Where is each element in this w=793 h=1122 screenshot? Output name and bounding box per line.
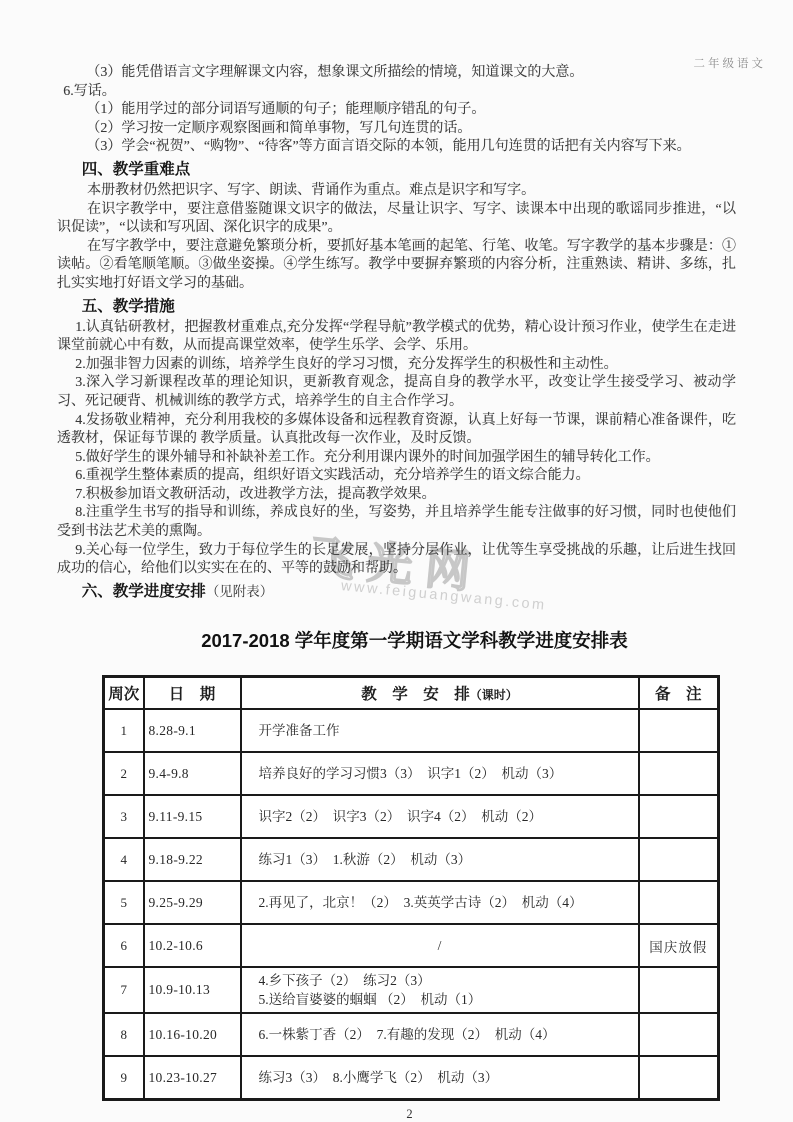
section-heading: 四、教学重难点 [57, 160, 736, 180]
body-line: 在写字教学中，要注意避免繁琐分析，要抓好基本笔画的起笔、行笔、收笔。写字教学的基… [57, 238, 736, 294]
cell-date-range: 9.4-9.8 [144, 752, 241, 795]
schedule-section: 2017-2018 学年度第一学期语文学科教学进度安排表 周次 日 期 教 学 … [102, 627, 717, 1122]
schedule-table: 周次 日 期 教 学 安 排（课时） 备 注 1 8.28-9.1 开学准备工作… [102, 675, 720, 1101]
column-header-arrangement: 教 学 安 排（课时） [241, 677, 639, 710]
cell-week-number: 6 [104, 924, 144, 967]
body-line: （1）能用学过的部分词语写通顺的句子；能理顺序错乱的句子。 [57, 101, 736, 120]
body-line: 2.加强非智力因素的训练，培养学生良好的学习习惯，充分发挥学生的积极性和主动性。 [57, 356, 736, 375]
cell-teaching-arrangement: 开学准备工作 [241, 709, 639, 752]
cell-teaching-arrangement: 培养良好的学习习惯3（3） 识字1（2） 机动（3） [241, 752, 639, 795]
cell-date-range: 10.23-10.27 [144, 1056, 241, 1100]
body-line: 5.做好学生的课外辅导和补缺补差工作。充分利用课内课外的时间加强学困生的辅导转化… [57, 449, 736, 468]
cell-date-range: 9.25-9.29 [144, 881, 241, 924]
cell-teaching-arrangement: 4.乡下孩子（2） 练习2（3） 5.送给盲婆婆的蝈蝈 （2） 机动（1） [241, 967, 639, 1013]
schedule-table-row: 5 9.25-9.29 2.再见了，北京！（2） 3.英英学古诗（2） 机动（4… [104, 881, 719, 924]
column-header-week: 周次 [104, 677, 144, 710]
section-heading-suffix: （见附表） [206, 584, 274, 599]
column-header-date: 日 期 [144, 677, 241, 710]
schedule-table-row: 6 10.2-10.6 / 国庆放假 [104, 924, 719, 967]
schedule-table-row: 3 9.11-9.15 识字2（2） 识字3（2） 识字4（2） 机动（2） [104, 795, 719, 838]
cell-date-range: 9.11-9.15 [144, 795, 241, 838]
body-line: 8.注重学生书写的指导和训练，养成良好的坐，写姿势，并且培养学生能专注做事的好习… [57, 504, 736, 541]
body-line: （3）学会“祝贺”、“购物”、“待客”等方面言语交际的本领，能用几句连贯的话把有… [57, 138, 736, 157]
cell-date-range: 10.16-10.20 [144, 1013, 241, 1056]
table-header-row: 周次 日 期 教 学 安 排（课时） 备 注 [104, 677, 719, 710]
section-heading: 五、教学措施 [57, 297, 736, 317]
cell-date-range: 10.2-10.6 [144, 924, 241, 967]
cell-week-number: 1 [104, 709, 144, 752]
document-body: （3）能凭借语言文字理解课文内容，想象课文所描绘的情境，知道课文的大意。6.写话… [57, 64, 736, 604]
body-line: 9.关心每一位学生，致力于每位学生的长足发展，坚持分层作业，让优等生享受挑战的乐… [57, 542, 736, 579]
body-line: 在识字教学中，要注意借鉴随课文识字的做法，尽量让识字、写字、读课本中出现的歌谣同… [57, 201, 736, 238]
body-line: （2）学习按一定顺序观察图画和简单事物，写几句连贯的话。 [57, 120, 736, 139]
cell-week-number: 2 [104, 752, 144, 795]
cell-date-range: 10.9-10.13 [144, 967, 241, 1013]
cell-week-number: 5 [104, 881, 144, 924]
cell-teaching-arrangement: 识字2（2） 识字3（2） 识字4（2） 机动（2） [241, 795, 639, 838]
cell-week-number: 3 [104, 795, 144, 838]
body-line: 6.写话。 [57, 83, 736, 102]
cell-remark [639, 967, 719, 1013]
cell-remark [639, 881, 719, 924]
schedule-table-row: 2 9.4-9.8 培养良好的学习习惯3（3） 识字1（2） 机动（3） [104, 752, 719, 795]
body-line: 6.重视学生整体素质的提高，组织好语文实践活动，充分培养学生的语文综合能力。 [57, 467, 736, 486]
cell-week-number: 4 [104, 838, 144, 881]
schedule-table-row: 8 10.16-10.20 6.一株紫丁香（2） 7.有趣的发现（2） 机动（4… [104, 1013, 719, 1056]
cell-week-number: 7 [104, 967, 144, 1013]
cell-teaching-arrangement: / [241, 924, 639, 967]
body-line: 3.深入学习新课程改革的理论知识，更新教育观念，提高自身的教学水平，改变让学生接… [57, 374, 736, 411]
schedule-table-row: 1 8.28-9.1 开学准备工作 [104, 709, 719, 752]
cell-teaching-arrangement: 6.一株紫丁香（2） 7.有趣的发现（2） 机动（4） [241, 1013, 639, 1056]
cell-remark [639, 752, 719, 795]
cell-teaching-arrangement: 练习3（3） 8.小鹰学飞（2） 机动（3） [241, 1056, 639, 1100]
body-line: 本册教材仍然把识字、写字、朗读、背诵作为重点。难点是识字和写字。 [57, 182, 736, 201]
cell-remark [639, 709, 719, 752]
schedule-table-row: 7 10.9-10.13 4.乡下孩子（2） 练习2（3） 5.送给盲婆婆的蝈蝈… [104, 967, 719, 1013]
page-number: 2 [102, 1107, 717, 1122]
column-header-arrangement-label: 教 学 安 排 [361, 686, 470, 703]
column-header-note: 备 注 [639, 677, 719, 710]
cell-remark [639, 1013, 719, 1056]
body-line: 1.认真钻研教材，把握教材重难点,充分发挥“学程导航”教学模式的优势，精心设计预… [57, 319, 736, 356]
schedule-table-row: 9 10.23-10.27 练习3（3） 8.小鹰学飞（2） 机动（3） [104, 1056, 719, 1100]
schedule-table-title: 2017-2018 学年度第一学期语文学科教学进度安排表 [112, 627, 717, 653]
cell-remark: 国庆放假 [639, 924, 719, 967]
cell-date-range: 8.28-9.1 [144, 709, 241, 752]
cell-date-range: 9.18-9.22 [144, 838, 241, 881]
cell-remark [639, 838, 719, 881]
body-line: （3）能凭借语言文字理解课文内容，想象课文所描绘的情境，知道课文的大意。 [57, 64, 736, 83]
cell-week-number: 9 [104, 1056, 144, 1100]
cell-week-number: 8 [104, 1013, 144, 1056]
body-line: 7.积极参加语文教研活动，改进教学方法，提高教学效果。 [57, 486, 736, 505]
cell-remark [639, 1056, 719, 1100]
body-line: 4.发扬敬业精神，充分利用我校的多媒体设备和远程教育资源，认真上好每一节课，课前… [57, 412, 736, 449]
cell-teaching-arrangement: 2.再见了，北京！（2） 3.英英学古诗（2） 机动（4） [241, 881, 639, 924]
section-heading: 六、教学进度安排（见附表） [57, 582, 736, 602]
cell-remark [639, 795, 719, 838]
cell-teaching-arrangement: 练习1（3） 1.秋游（2） 机动（3） [241, 838, 639, 881]
column-header-arrangement-unit: （课时） [470, 688, 518, 702]
schedule-table-row: 4 9.18-9.22 练习1（3） 1.秋游（2） 机动（3） [104, 838, 719, 881]
